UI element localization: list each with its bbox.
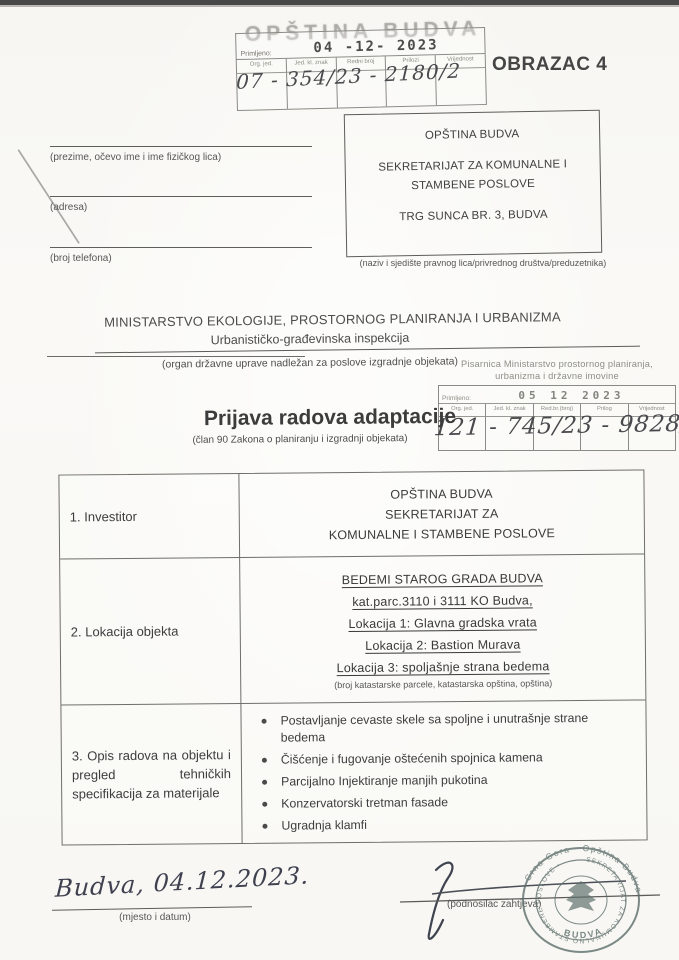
row-content: BEDEMI STAROG GRADA BUDVA kat.parc.3110 … — [240, 554, 645, 703]
location-line: Lokacija 3: spoljašnje strana bedema — [337, 655, 550, 679]
received-row: Primljeno: 05 12 2023 — [439, 386, 675, 404]
municipal-seal: Crna Gora · Opština Budva SEKRETARIJAT Z… — [505, 843, 657, 957]
content-line: KOMUNALNE I STAMBENE POSLOVE — [329, 523, 555, 545]
received-label: Primljeno: — [442, 395, 471, 402]
scanned-form-page: OPŠTINA BUDVA Primljeno: 04 -12- 2023 Or… — [0, 0, 679, 960]
recipient-caption: (naziv i sjedište pravnog lica/privredno… — [318, 258, 648, 268]
row-content: OPŠTINA BUDVA SEKRETARIJAT ZA KOMUNALNE … — [239, 470, 644, 557]
bullet-text: Konzervatorski tretman fasade — [281, 794, 448, 812]
table-row-lokacija: 2. Lokacija objekta BEDEMI STAROG GRADA … — [60, 554, 645, 705]
phone-field-line — [50, 247, 312, 248]
location-line: Lokacija 1: Glavna gradska vrata — [348, 611, 537, 635]
list-item: Čišćenje i fugovanje oštećenih spojnica … — [262, 748, 636, 768]
list-item: Konzervatorski tretman fasade — [262, 792, 636, 812]
received-date: 05 12 2023 — [471, 389, 672, 402]
address-field-label: (adresa) — [50, 202, 87, 213]
registry-stamp-line: urbanizma i državne imovine — [438, 370, 676, 382]
bullet-icon — [262, 757, 267, 762]
recipient-line: TRG SUNCA BR. 3, BUDVA — [399, 206, 548, 228]
location-caption: (broj katastarske parcele, katastarska o… — [334, 678, 552, 690]
address-field-line — [50, 196, 312, 197]
list-item: Postavljanje cevaste skele sa spoljne i … — [261, 709, 635, 746]
bullet-icon — [262, 801, 267, 806]
recipient-line: STAMBENE POSLOVE — [411, 175, 535, 196]
seal-coat-of-arms — [566, 881, 596, 911]
place-date-line — [52, 906, 252, 910]
bullet-icon — [262, 718, 267, 723]
row-label: 2. Lokacija objekta — [60, 558, 241, 705]
bullet-text: Postavljanje cevaste skele sa spoljne i … — [280, 709, 635, 746]
table-row-opis-radova: 3. Opis radova na objektu i pregled tehn… — [61, 700, 646, 844]
bullet-text: Čišćenje i fugovanje oštećenih spojnica … — [281, 749, 543, 768]
received-label: Primljeno: — [241, 50, 272, 58]
intake-date-stamp: OPŠTINA BUDVA Primljeno: 04 -12- 2023 Or… — [235, 27, 487, 111]
name-field-label: (prezime, očevo ime i ime fizičkog lica) — [50, 152, 221, 163]
ministry-department: Urbanističko-građevinska inspekcija — [60, 329, 560, 349]
recipient-line: OPŠTINA BUDVA — [425, 125, 520, 146]
location-line: Lokacija 2: Bastion Murava — [365, 634, 520, 657]
bullet-icon — [262, 779, 267, 784]
row-label: 1. Investitor — [59, 474, 240, 559]
form-code-label: OBRAZAC 4 — [492, 54, 607, 76]
name-field-line — [50, 146, 312, 147]
content-line: OPŠTINA BUDVA — [390, 483, 493, 504]
bullet-text: Ugradnja klamfi — [281, 816, 367, 834]
scan-edge-artifact-light — [0, 5, 679, 7]
table-row-investitor: 1. Investitor OPŠTINA BUDVA SEKRETARIJAT… — [59, 470, 644, 559]
content-line: SEKRETARIJAT ZA — [385, 503, 499, 524]
details-table: 1. Investitor OPŠTINA BUDVA SEKRETARIJAT… — [58, 469, 647, 845]
document-title: Prijava radova adaptacije — [110, 404, 550, 432]
phone-field-label: (broj telefona) — [50, 253, 112, 264]
bullet-icon — [262, 823, 267, 828]
recipient-box: OPŠTINA BUDVA SEKRETARIJAT ZA KOMUNALNE … — [344, 110, 602, 257]
bullet-text: Parcijalno Injektiranje manjih pukotina — [281, 771, 488, 790]
row-label: 3. Opis radova na objektu i pregled tehn… — [61, 704, 242, 845]
place-date-caption: (mjesto i datum) — [85, 912, 225, 923]
row-content: Postavljanje cevaste skele sa spoljne i … — [241, 700, 646, 843]
handwritten-place-date: Budva, 04.12.2023. — [54, 861, 310, 902]
list-item: Ugradnja klamfi — [262, 814, 636, 834]
registry-stamp-line: Pisarnica Ministarstvo prostornog planir… — [438, 358, 676, 370]
ministry-name: MINISTARSTVO EKOLOGIJE, PROSTORNOG PLANI… — [60, 309, 605, 331]
location-line: kat.parc.3110 i 3111 KO Budva, — [352, 589, 533, 613]
list-item: Parcijalno Injektiranje manjih pukotina — [262, 770, 636, 790]
recipient-line: SEKRETARIJAT ZA KOMUNALNE I — [378, 155, 567, 177]
location-line: BEDEMI STAROG GRADA BUDVA — [342, 567, 543, 591]
